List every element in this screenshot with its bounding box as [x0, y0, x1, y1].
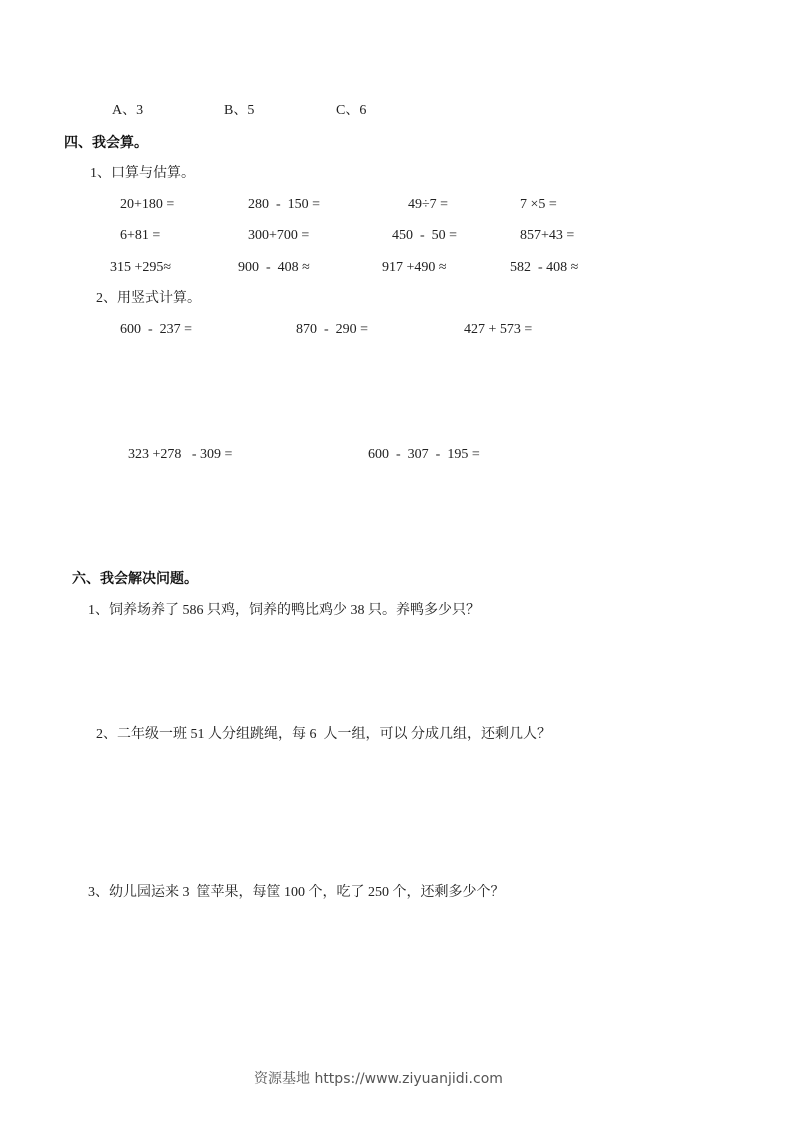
- vertical-calc-item: 600 - 237 =: [120, 323, 192, 337]
- oral-calc-item: 7 ×5 =: [520, 198, 557, 212]
- oral-calc-item: 300+700 =: [248, 229, 309, 243]
- estimate-item: 900 - 408 ≈: [238, 261, 310, 275]
- vertical-calc-item: 870 - 290 =: [296, 323, 368, 337]
- estimate-item: 582 - 408 ≈: [510, 261, 578, 275]
- oral-calc-item: 6+81 =: [120, 229, 160, 243]
- choice-a: A、3: [112, 104, 143, 118]
- footer-watermark: 资源基地 https://www.ziyuanjidi.com: [254, 1072, 503, 1086]
- word-problem-3: 3、幼儿园运来 3 筐苹果，每筐 100 个，吃了 250 个，还剩多少个？: [88, 886, 505, 900]
- oral-calc-item: 857+43 =: [520, 229, 574, 243]
- oral-calc-item: 49÷7 =: [408, 198, 448, 212]
- word-problem-2: 2、二年级一班 51 人分组跳绳，每 6 人一组，可以 分成几组，还剩几人？: [96, 728, 551, 742]
- vertical-calc-item: 323 +278 - 309 =: [128, 448, 232, 462]
- estimate-item: 917 +490 ≈: [382, 261, 447, 275]
- estimate-item: 315 +295≈: [110, 261, 171, 275]
- part-1-heading: 1、口算与估算。: [90, 167, 195, 181]
- vertical-calc-item: 427 + 573 =: [464, 323, 532, 337]
- oral-calc-item: 280 - 150 =: [248, 198, 320, 212]
- oral-calc-item: 20+180 =: [120, 198, 174, 212]
- vertical-calc-item: 600 - 307 - 195 =: [368, 448, 480, 462]
- choice-b: B、5: [224, 104, 254, 118]
- section-4-heading: 四、我会算。: [64, 136, 148, 150]
- oral-calc-item: 450 - 50 =: [392, 229, 457, 243]
- part-2-heading: 2、用竖式计算。: [96, 292, 201, 306]
- section-6-heading: 六、我会解决问题。: [72, 572, 198, 586]
- choice-c: C、6: [336, 104, 366, 118]
- word-problem-1: 1、饲养场养了 586 只鸡，饲养的鸭比鸡少 38 只。养鸭多少只？: [88, 604, 480, 618]
